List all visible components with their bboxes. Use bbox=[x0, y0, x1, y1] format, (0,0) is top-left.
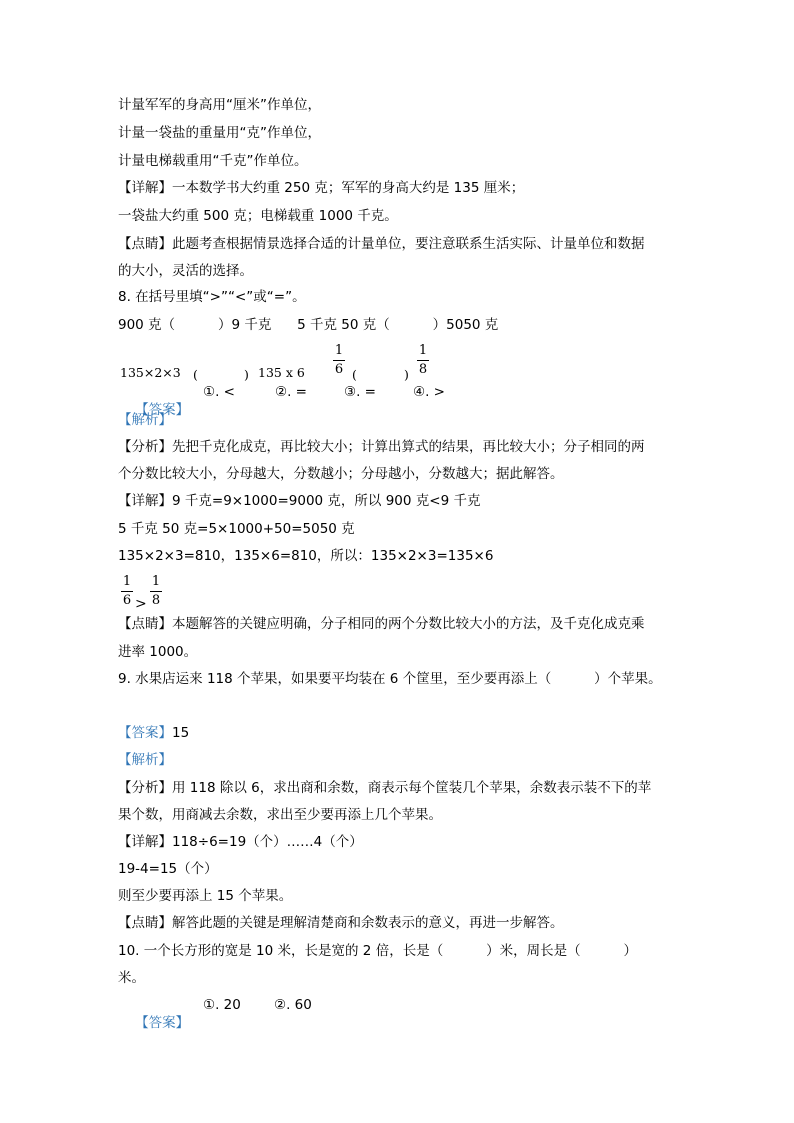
q8-question: 8. 在括号里填“>”“<”或“=”。 bbox=[118, 288, 306, 306]
fenxi-tag: 【分析】 bbox=[118, 780, 172, 796]
fraction-one-sixth: 1 6 bbox=[333, 344, 345, 377]
answer-item: ②. = bbox=[275, 383, 307, 401]
review-tag: 【点睛】 bbox=[118, 236, 172, 252]
analysis-tag: 【解析】 bbox=[118, 751, 172, 769]
text-line: 19-4=15（个） bbox=[118, 860, 218, 878]
fraction-one-eighth: 1 8 bbox=[417, 344, 429, 377]
text-line: 计量军军的身高用“厘米”作单位， bbox=[118, 96, 321, 114]
text-line: 135×2×3=810，135×6=810，所以：135×2×3=135×6 bbox=[118, 547, 493, 565]
q9-question: 9. 水果店运来 118 个苹果，如果要平均装在 6 个筐里，至少要再添上（ ）… bbox=[118, 670, 662, 688]
answer-item: ④. > bbox=[413, 383, 445, 401]
q9-review: 【点睛】解答此题的关键是理解清楚商和余数表示的意义，再进一步解答。 bbox=[118, 914, 564, 932]
analysis-tag: 【解析】 bbox=[118, 411, 172, 429]
text-line: 则至少要再添上 15 个苹果。 bbox=[118, 887, 292, 905]
answer-item: ③. = bbox=[344, 383, 376, 401]
answer-tag: 【答案】 bbox=[118, 725, 172, 741]
fraction-one-sixth: 1 6 bbox=[121, 575, 133, 608]
q8-row1: 900 克（ ）9 千克 5 千克 50 克（ ）5050 克 bbox=[118, 316, 498, 334]
q10-answer: 【答案】 bbox=[118, 996, 189, 1050]
text-line: 5 千克 50 克=5×1000+50=5050 克 bbox=[118, 520, 355, 538]
text-line: 的大小，灵活的选择。 bbox=[118, 262, 253, 280]
comparison-sign: > bbox=[135, 596, 147, 612]
fraction-bar bbox=[121, 591, 133, 592]
answer-item: ②. 60 bbox=[274, 996, 312, 1014]
fraction-bar bbox=[417, 360, 429, 361]
paren-open: ( bbox=[352, 367, 357, 382]
q9-detail: 【详解】118÷6=19（个）……4（个） bbox=[118, 833, 363, 851]
text-line: 计量一袋盐的重量用“克”作单位， bbox=[118, 124, 321, 142]
text-line: 米。 bbox=[118, 969, 145, 987]
answer-item: ①. 20 bbox=[203, 996, 241, 1014]
text-line: 进率 1000。 bbox=[118, 643, 197, 661]
math-expression: 135 x 6 bbox=[258, 365, 305, 380]
q9-answer: 【答案】15 bbox=[118, 724, 189, 742]
fraction-bar bbox=[333, 360, 345, 361]
q8-detail: 【详解】9 千克=9×1000=9000 克，所以 900 克<9 千克 bbox=[118, 492, 480, 510]
text-line: 一袋盐大约重 500 克；电梯载重 1000 千克。 bbox=[118, 207, 398, 225]
answer-tag: 【答案】 bbox=[135, 1015, 189, 1031]
q8-review: 【点睛】本题解答的关键应明确，分子相同的两个分数比较大小的方法，及千克化成克乘 bbox=[118, 615, 645, 633]
answer-item: ①. < bbox=[203, 383, 235, 401]
detail-tag: 【详解】 bbox=[118, 180, 172, 196]
q10-question: 10. 一个长方形的宽是 10 米，长是宽的 2 倍，长是（ ）米，周长是（ ） bbox=[118, 942, 637, 960]
fenxi-tag: 【分析】 bbox=[118, 439, 172, 455]
detail-tag: 【详解】 bbox=[118, 834, 172, 850]
math-expression: 135×2×3 bbox=[120, 365, 181, 380]
q7-detail: 【详解】一本数学书大约重 250 克；军军的身高大约是 135 厘米； bbox=[118, 179, 524, 197]
paren-close: ) bbox=[244, 367, 249, 382]
review-tag: 【点睛】 bbox=[118, 915, 172, 931]
text-line: 果个数，用商减去余数，求出至少要再添上几个苹果。 bbox=[118, 806, 442, 824]
review-tag: 【点睛】 bbox=[118, 616, 172, 632]
text-line: 个分数比较大小，分母越大，分数越小；分母越小，分数越大；据此解答。 bbox=[118, 465, 564, 483]
paren-close: ) bbox=[404, 367, 409, 382]
q8-fenxi: 【分析】先把千克化成克，再比较大小；计算出算式的结果，再比较大小；分子相同的两 bbox=[118, 438, 645, 456]
answer-value: 15 bbox=[172, 725, 189, 741]
q9-fenxi: 【分析】用 118 除以 6，求出商和余数，商表示每个筐装几个苹果，余数表示装不… bbox=[118, 779, 651, 797]
detail-tag: 【详解】 bbox=[118, 493, 172, 509]
fraction-one-eighth: 1 8 bbox=[150, 575, 162, 608]
q7-review: 【点睛】此题考查根据情景选择合适的计量单位，要注意联系生活实际、计量单位和数据 bbox=[118, 235, 645, 253]
text-line: 计量电梯载重用“千克”作单位。 bbox=[118, 152, 308, 170]
paren-open: ( bbox=[193, 367, 198, 382]
fraction-bar bbox=[150, 591, 162, 592]
